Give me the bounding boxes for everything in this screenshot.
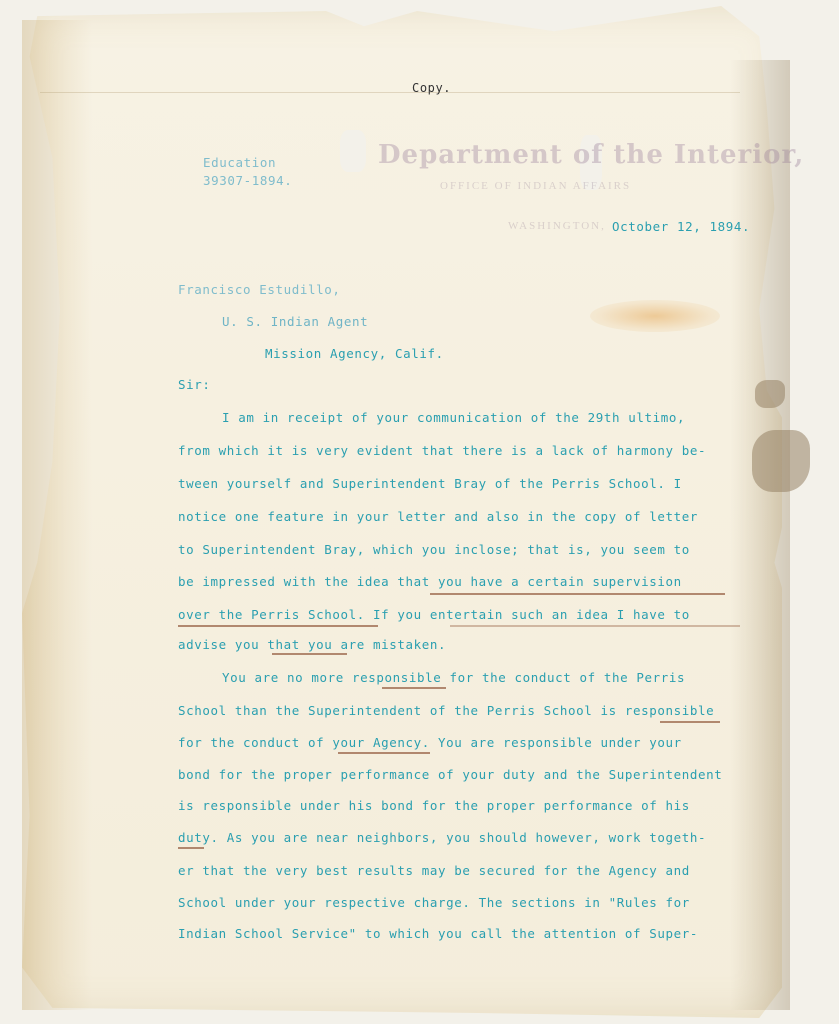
torn-fragment: [752, 430, 810, 492]
body-line: I am in receipt of your communication of…: [222, 410, 685, 425]
file-reference-line2: 39307-1894.: [203, 173, 292, 188]
body-line: Indian School Service" to which you call…: [178, 926, 698, 941]
body-line: is responsible under his bond for the pr…: [178, 798, 690, 813]
letter-date: October 12, 1894.: [612, 219, 750, 234]
body-line: from which it is very evident that there…: [178, 443, 706, 458]
recipient-name: Francisco Estudillo,: [178, 282, 341, 297]
copy-label: Copy.: [412, 81, 451, 95]
body-line: for the conduct of your Agency. You are …: [178, 735, 682, 750]
ink-underline: [660, 720, 720, 723]
ink-underline: [430, 592, 725, 595]
body-line: be impressed with the idea that you have…: [178, 574, 682, 589]
body-line: over the Perris School. If you entertain…: [178, 607, 690, 622]
letterhead-title: Department of the Interior,: [378, 140, 804, 170]
ink-underline: [338, 751, 430, 754]
body-line: You are no more responsible for the cond…: [222, 670, 685, 685]
body-line: duty. As you are near neighbors, you sho…: [178, 830, 706, 845]
ink-underline: [382, 686, 446, 689]
torn-fragment: [755, 380, 785, 408]
recipient-address: Mission Agency, Calif.: [265, 346, 444, 361]
body-line: bond for the proper performance of your …: [178, 767, 722, 782]
file-reference-line1: Education: [203, 155, 276, 170]
letterhead-subtitle: OFFICE OF INDIAN AFFAIRS: [440, 180, 631, 192]
body-line: advise you that you are mistaken.: [178, 637, 446, 652]
ink-underline: [272, 652, 347, 655]
body-line: to Superintendent Bray, which you inclos…: [178, 542, 690, 557]
ink-underline: [178, 846, 204, 849]
body-line: School under your respective charge. The…: [178, 895, 690, 910]
ink-underline: [450, 624, 740, 627]
body-line: notice one feature in your letter and al…: [178, 509, 698, 524]
punch-hole: [340, 130, 366, 172]
paper-fold: [40, 92, 740, 93]
body-line: tween yourself and Superintendent Bray o…: [178, 476, 682, 491]
body-line: er that the very best results may be sec…: [178, 863, 690, 878]
orange-stain: [590, 300, 720, 332]
recipient-title: U. S. Indian Agent: [222, 314, 368, 329]
body-line: School than the Superintendent of the Pe…: [178, 703, 714, 718]
salutation: Sir:: [178, 377, 211, 392]
letterhead-place: WASHINGTON,: [508, 220, 606, 232]
ink-underline: [178, 624, 378, 627]
